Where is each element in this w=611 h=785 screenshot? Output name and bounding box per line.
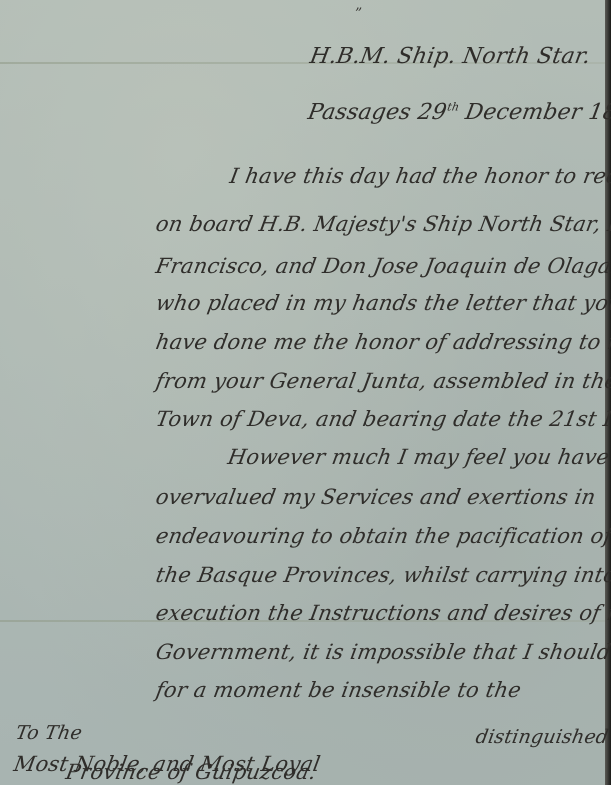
- body-line: on board H.B. Majesty's Ship North Star,…: [154, 212, 611, 236]
- body-line: who placed in my hands the letter that y…: [154, 291, 611, 315]
- letter-page: ” H.B.M. Ship. North Star. Passages 29th…: [0, 0, 611, 785]
- body-line: I have this day had the honor to receive: [228, 164, 611, 188]
- body-line: the Basque Provinces, whilst carrying in…: [154, 563, 611, 587]
- body-line: Town of Deva, and bearing date the 21st …: [154, 407, 611, 431]
- body-line: Francisco, and Don Jose Joaquin de Olaga…: [154, 254, 611, 278]
- heading-date-place: Passages 29: [306, 100, 449, 125]
- heading-ship: H.B.M. Ship. North Star.: [308, 44, 593, 69]
- heading-date-rest: December 1839.: [456, 100, 611, 125]
- address-line: Province of Guipuzcoa.: [64, 760, 318, 784]
- body-line: have done me the honor of addressing to …: [154, 330, 611, 354]
- body-line: Government, it is impossible that I shou…: [154, 640, 611, 664]
- ditto-mark: ”: [355, 6, 362, 22]
- body-line: from your General Junta, assembled in th…: [154, 369, 611, 393]
- body-line: overvalued my Services and exertions in: [154, 485, 598, 509]
- heading-date: Passages 29th December 1839.: [306, 100, 611, 125]
- address-line: To The: [14, 722, 84, 744]
- body-line: endeavouring to obtain the pacification …: [154, 524, 611, 548]
- body-line: However much I may feel you have: [226, 445, 611, 469]
- catchword: distinguished: [474, 726, 610, 748]
- body-line: for a moment be insensible to the: [154, 678, 523, 702]
- body-line: execution the Instructions and desires o…: [154, 601, 611, 625]
